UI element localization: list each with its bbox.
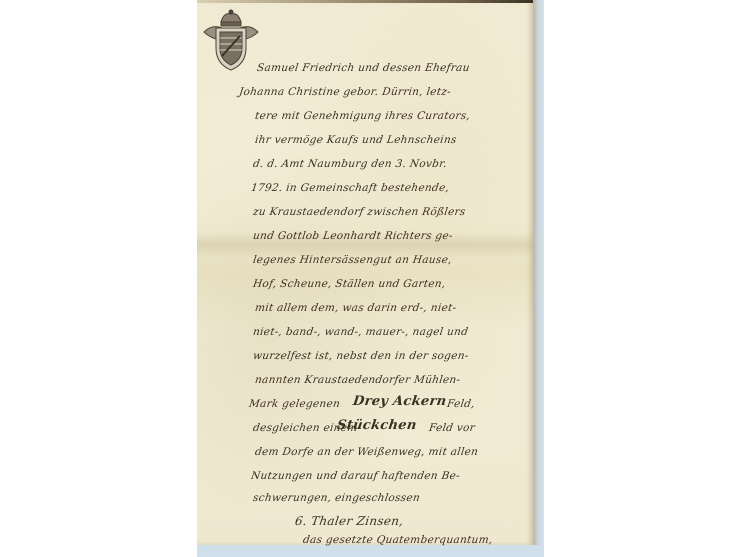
text-line: Samuel Friedrich und dessen Ehefrau (256, 62, 470, 74)
text-line: mit allem dem, was darin erd-, niet- (254, 302, 457, 314)
manuscript-text: Samuel Friedrich und dessen Ehefrau Joha… (197, 0, 533, 545)
text-line: legenes Hintersässengut an Hause, (252, 254, 452, 266)
text-line: dem Dorfe an der Weißenweg, mit allen (254, 446, 479, 458)
text-line: zu Kraustaedendorf zwischen Rößlers (252, 206, 466, 218)
text-line: und Gottlob Leonhardt Richters ge- (252, 230, 454, 242)
text-line: Feld, (446, 398, 476, 410)
manuscript-page: Samuel Friedrich und dessen Ehefrau Joha… (197, 0, 533, 545)
text-line: Johanna Christine gebor. Dürrin, letz- (238, 86, 452, 98)
text-line: d. d. Amt Naumburg den 3. Novbr. (252, 158, 448, 170)
text-line: 6. Thaler Zinsen, (294, 514, 404, 528)
emphasized-text: Drey Ackern (352, 394, 447, 409)
corner-mark: ... (465, 536, 472, 544)
text-line: tere mit Genehmigung ihres Curators, (254, 110, 471, 122)
text-line: wurzelfest ist, nebst den in der sogen- (252, 350, 469, 362)
text-line: Feld vor (428, 422, 476, 434)
text-line: niet-, band-, wand-, mauer-, nagel und (252, 326, 469, 338)
emphasized-text: Stückchen (336, 418, 418, 433)
text-line: 1792. in Gemeinschaft bestehende, (250, 182, 450, 194)
text-line: Mark gelegenen (248, 398, 341, 410)
text-line: Nutzungen und darauf haftenden Be- (250, 470, 461, 482)
scan-backdrop-bottom (197, 545, 544, 557)
text-line: Hof, Scheune, Ställen und Garten, (252, 278, 446, 290)
text-line: nannten Kraustaedendorfer Mühlen- (254, 374, 461, 386)
text-line: schwerungen, eingeschlossen (252, 492, 421, 504)
scan-backdrop-edge (533, 0, 544, 557)
text-line: ihr vermöge Kaufs und Lehnscheins (254, 134, 457, 146)
